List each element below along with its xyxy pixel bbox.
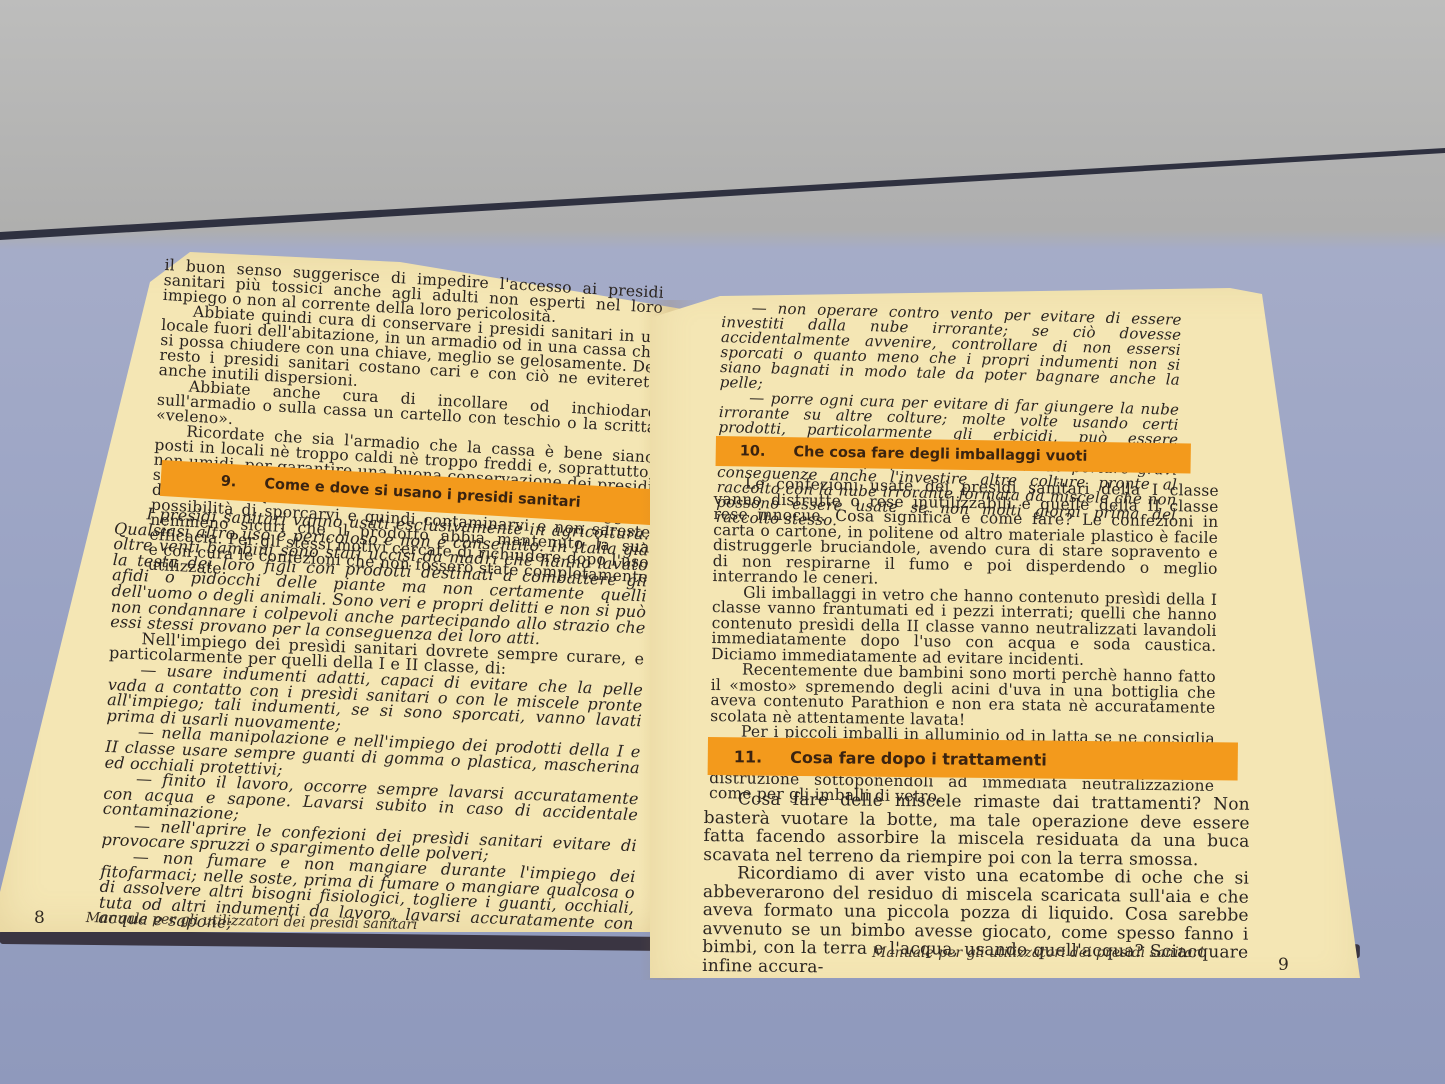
paragraph: Ricordiamo di aver visto una ecatombe di… (702, 864, 1249, 981)
section-title: Che cosa fare degli imballaggi vuoti (793, 444, 1087, 465)
section-9-body: I presìdi sanitari vanno usati esclusiva… (98, 505, 649, 947)
section-number: 11. (734, 747, 763, 766)
paragraph: Cosa fare delle miscele rimaste dai trat… (703, 790, 1250, 870)
left-page-number: 8 (34, 908, 45, 928)
section-11-heading: 11. Cosa fare dopo i trattamenti (708, 737, 1238, 781)
right-page-footer: Manuale per gli utilizzatori dei presidi… (872, 945, 1204, 961)
paragraph: Gli imballaggi in vetro che hanno conten… (711, 584, 1217, 669)
paragraph: Recentemente due bambini sono morti perc… (710, 662, 1216, 732)
section-number: 10. (740, 443, 766, 459)
list-item: — non operare contro vento per evitare d… (719, 300, 1181, 403)
paragraph: Le confezioni usate dei presìdi sanitari… (712, 476, 1219, 592)
section-title: Cosa fare dopo i trattamenti (790, 747, 1047, 769)
right-page-number: 9 (1278, 955, 1289, 975)
section-number: 9. (220, 474, 237, 491)
paragraph: I presìdi sanitari vanno usati esclusiva… (110, 505, 650, 651)
